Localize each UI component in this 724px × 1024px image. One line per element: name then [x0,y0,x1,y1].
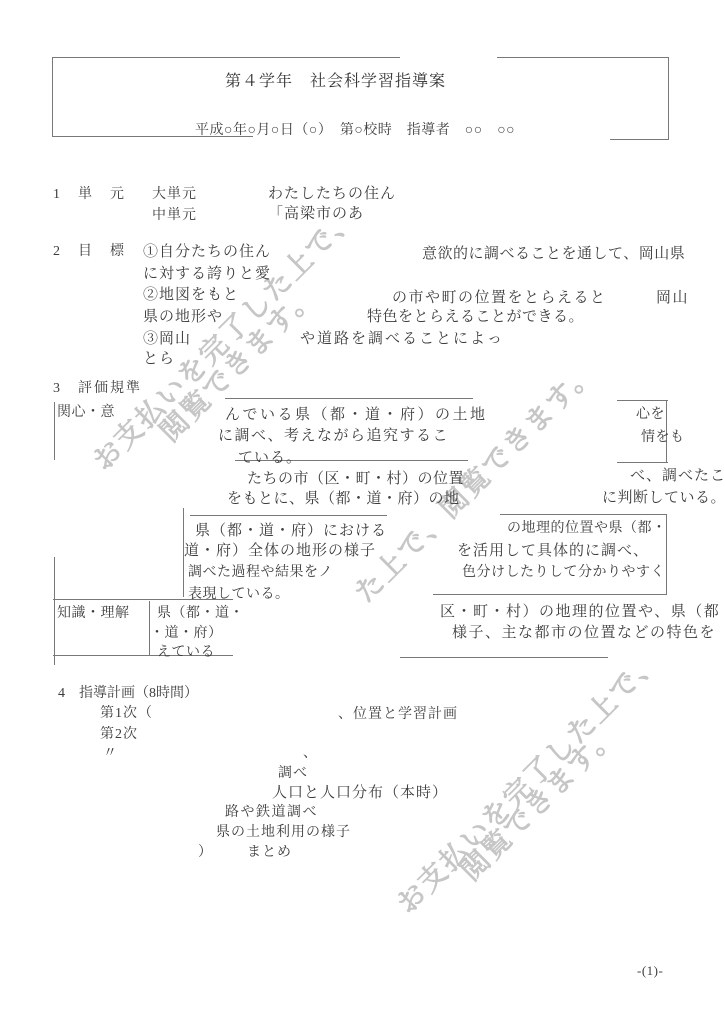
date-line: 平成○年○月○日（○） 第○校時 指導者 ○○ ○○ [195,119,515,139]
criteria-cell-text: 心を [636,403,665,423]
plan-item: ） [198,841,213,861]
criteria-cell-text: に調べ、考えながら追究するこ [218,424,449,445]
header-box-border [497,57,668,58]
criteria-cell-text: をもとに、県（都・道・府）の地 [227,487,460,508]
criteria-cell-text: 様子、主な都市の位置などの特色を [452,621,716,642]
middle-unit-label: 中単元 [152,204,197,224]
criteria-row-label: 知識・理解 [57,602,130,622]
criteria-table-border [54,557,55,665]
goal-line: 県の地形や [143,305,223,326]
section1-heading: 1 単 元 [53,183,126,203]
criteria-table-border [400,657,608,658]
header-box-border [52,57,400,58]
criteria-cell-text: えている [157,641,215,661]
criteria-cell-text: ・道・府） [150,622,223,642]
criteria-cell-text: んでいる県（都・道・府）の土地 [225,403,488,424]
plan-item: 、 [303,742,318,762]
plan-item: 県の土地利用の様子 [216,821,351,841]
goal-line: の市や町の位置をとらえると [392,286,607,307]
plan-item: 人口と人口分布（本時） [272,781,448,802]
criteria-cell-text: 色分けしたりして分かりやすく [462,561,665,581]
criteria-cell-text: 調べた過程や結果をノ [188,561,333,581]
goal-line: 特色をとらえることができる。 [367,305,584,326]
header-box-border [668,57,669,140]
header-box-border [52,57,53,137]
watermark-text: 閲覧できます。 [456,719,623,886]
major-unit-text: わたしたちの住ん [268,182,396,203]
criteria-table-border [433,594,667,595]
goal-line: 意欲的に調べることを通して、岡山県 [422,242,685,263]
criteria-cell-text: ている。 [238,446,302,467]
criteria-cell-text: 県（都・道・府）における [195,519,387,540]
goal-line: ②地図をもと [143,283,239,304]
criteria-cell-text: べ、調べたこ [630,464,724,485]
header-box-border [610,139,668,140]
criteria-cell-text: の地理的位置や県（都・ [507,517,667,537]
criteria-cell-text: 表現している。 [188,583,290,603]
page-title: 第４学年 社会科学習指導案 [225,68,446,91]
goal-line: ①自分たちの住ん [143,240,271,261]
section2-heading: 2 目 標 [53,240,126,260]
plan-item: 調べ [278,762,308,782]
goal-line: に対する誇りと愛 [143,262,271,283]
major-unit-label: 大単元 [152,183,197,203]
section3-heading: 3 評価規準 [53,377,142,397]
criteria-table-border [190,515,387,516]
criteria-table-border [225,398,473,399]
plan-item: 第1次（ [100,702,153,722]
criteria-cell-text: 道・府）全体の地形の様子 [184,539,376,560]
criteria-table-border [54,402,55,460]
plan-item: 、位置と学習計画 [338,703,458,723]
goal-line: や道路を調べることによっ [300,327,504,348]
criteria-table-border [617,400,668,401]
criteria-cell-text: を活用して具体的に調べ、 [457,539,649,560]
middle-unit-text: 「高梁市のあ [268,202,364,223]
section4-heading: 4 指導計画（8時間） [58,682,198,702]
criteria-table-border [617,462,668,463]
page-number: -(1)- [637,963,663,979]
criteria-cell-text: に判断している。 [602,486,724,507]
document-page: お支払いを完了した上で、 閲覧できます。 た上で、閲覧できます。 お支払いを完了… [0,0,724,1024]
plan-item: 路や鉄道調べ [225,801,318,821]
goal-line: とら [143,347,175,368]
plan-item: 第2次 [100,723,138,743]
criteria-cell-text: 県（都・道・ [157,602,244,622]
goal-line: 岡山 [656,286,689,307]
criteria-table-border [500,514,666,515]
criteria-cell-text: たちの市（区・町・村）の位置 [247,467,464,488]
goal-line: ③岡山 [143,327,191,348]
criteria-cell-text: 区・町・村）の地理的位置や、県（都 [440,600,720,621]
plan-item: 〃 [103,742,118,762]
criteria-row-label: 関心・意 [57,401,115,421]
plan-item: まとめ [247,841,292,861]
criteria-cell-text: 情をも [641,426,685,446]
